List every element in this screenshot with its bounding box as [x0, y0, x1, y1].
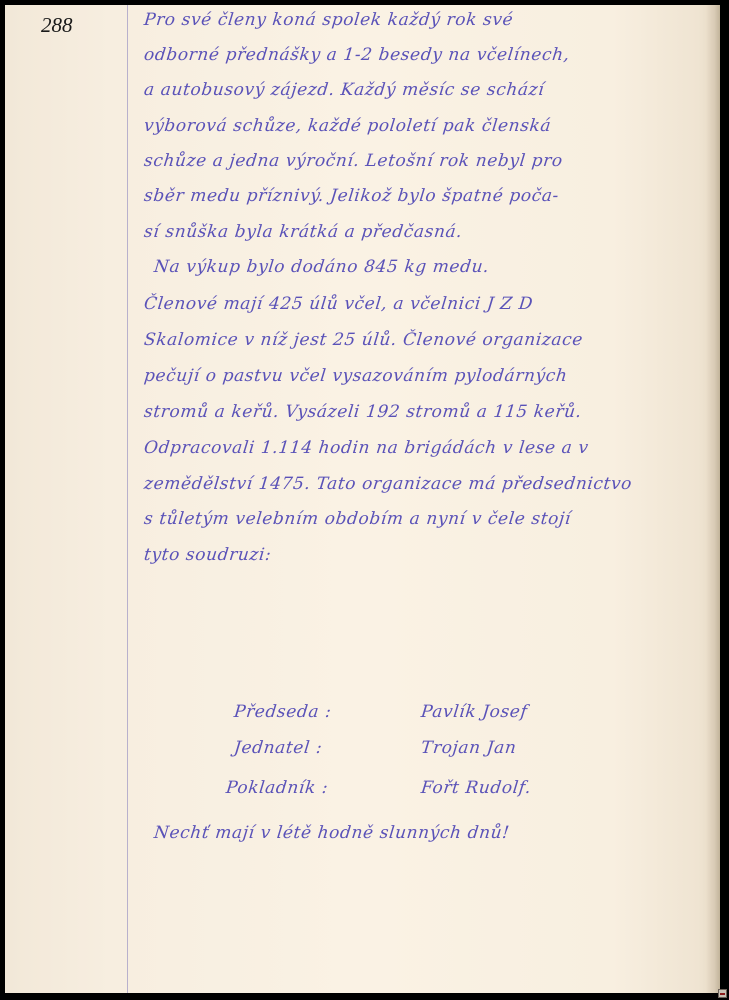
ledger-page: 288 Pro své členy koná spolek každý rok … — [5, 5, 720, 993]
text-line-7: sí snůška byla krátká a předčasná. — [143, 222, 463, 242]
margin-rule — [127, 5, 128, 993]
signature-role-secretary: Jednatel : — [233, 738, 323, 758]
text-line-6: sběr medu příznivý. Jelikož bylo špatné … — [143, 186, 560, 206]
text-line-9: Členové mají 425 úlů včel, a včelnici J … — [143, 294, 534, 314]
text-line-3: a autobusový zájezd. Každý měsíc se schá… — [143, 80, 545, 100]
minimize-icon[interactable] — [718, 989, 727, 998]
page-number: 288 — [41, 13, 73, 38]
text-line-10: Skalomice v níž jest 25 úlů. Členové org… — [143, 330, 584, 350]
text-line-2: odborné přednášky a 1-2 besedy na včelín… — [143, 45, 571, 65]
text-line-14: zemědělství 1475. Tato organizace má pře… — [143, 474, 633, 494]
closing-wish: Nechť mají v létě hodně slunných dnů! — [153, 823, 511, 843]
text-line-11: pečují o pastvu včel vysazováním pylodár… — [143, 366, 568, 386]
signature-name-chairman: Pavlík Josef — [420, 702, 528, 722]
text-line-13: Odpracovali 1.114 hodin na brigádách v l… — [143, 438, 590, 458]
text-line-16: tyto soudruzi: — [143, 545, 272, 565]
text-line-5: schůze a jedna výroční. Letošní rok neby… — [143, 151, 564, 171]
text-line-12: stromů a keřů. Vysázeli 192 stromů a 115… — [143, 402, 583, 422]
text-line-1: Pro své členy koná spolek každý rok své — [143, 10, 514, 30]
signature-role-chairman: Předseda : — [233, 702, 333, 722]
text-line-4: výborová schůze, každé pololetí pak člen… — [143, 116, 552, 136]
signature-name-secretary: Trojan Jan — [420, 738, 517, 758]
image-frame: 288 Pro své členy koná spolek každý rok … — [0, 0, 729, 1000]
text-line-8: Na výkup bylo dodáno 845 kg medu. — [153, 257, 490, 277]
text-line-15: s tůletým velebním obdobím a nyní v čele… — [143, 509, 572, 529]
signature-name-treasurer: Fořt Rudolf. — [420, 778, 532, 798]
signature-role-treasurer: Pokladník : — [225, 778, 329, 798]
